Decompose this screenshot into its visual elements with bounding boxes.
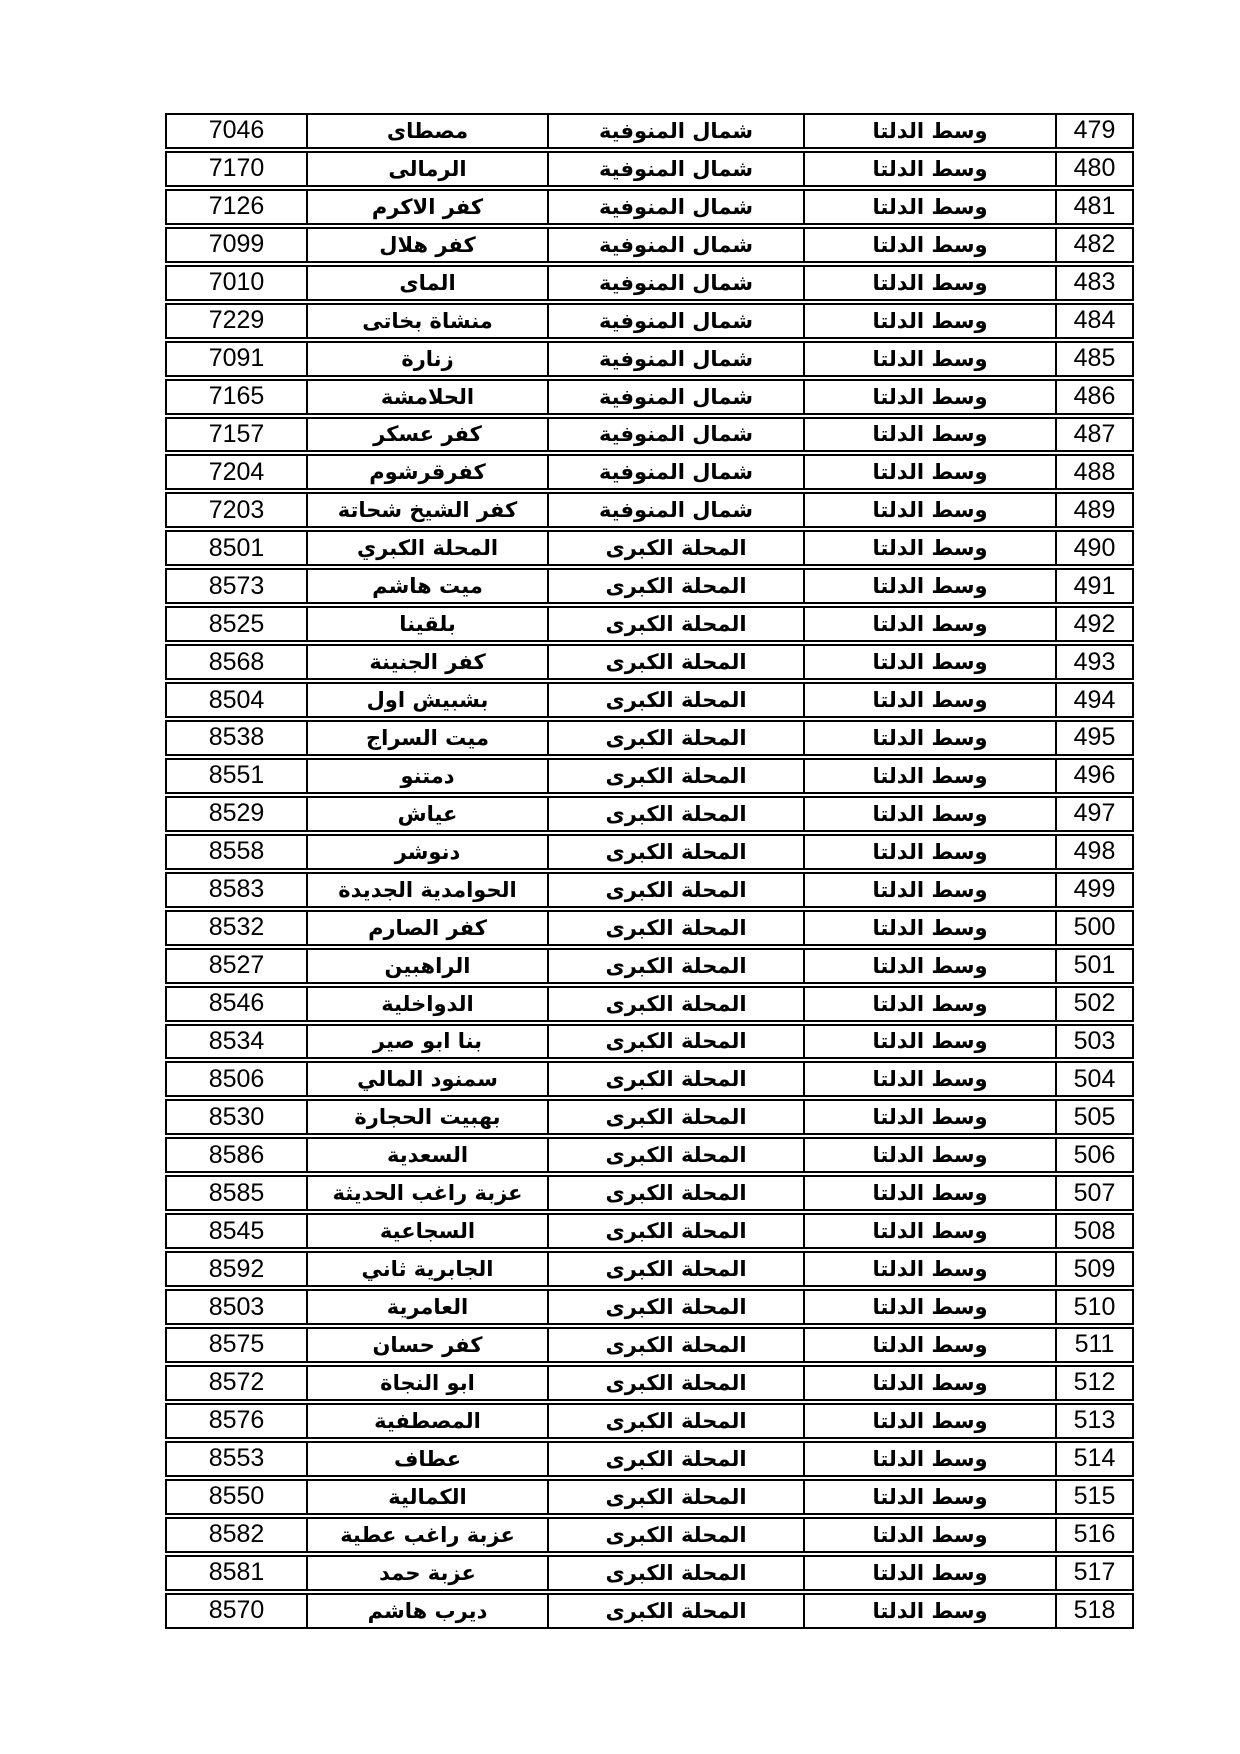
cell-serial-number: 492 [1055,606,1134,642]
cell-region-label: وسط الدلتا [803,530,1055,566]
cell-village-name: الرمالى [306,151,547,187]
cell-village-code: 8575 [165,1327,306,1363]
cell-serial-number: 484 [1055,303,1134,339]
table-row: 517وسط الدلتاالمحلة الكبرىعزبة حمد8581 [165,1555,1134,1591]
cell-district-label: المحلة الكبرى [547,1175,803,1211]
cell-village-code: 8583 [165,872,306,908]
cell-serial-number: 518 [1055,1593,1134,1629]
cell-district-label: المحلة الكبرى [547,872,803,908]
cell-district-label: شمال المنوفية [547,189,803,225]
cell-village-code: 7091 [165,341,306,377]
cell-village-code: 8585 [165,1175,306,1211]
cell-region-label: وسط الدلتا [803,341,1055,377]
cell-district-label: المحلة الكبرى [547,1327,803,1363]
cell-serial-number: 486 [1055,379,1134,415]
cell-region-label: وسط الدلتا [803,606,1055,642]
cell-village-name: الكمالية [306,1479,547,1515]
table-row: 481وسط الدلتاشمال المنوفيةكفر الاكرم7126 [165,189,1134,225]
cell-village-name: بنا ابو صير [306,1024,547,1060]
cell-serial-number: 494 [1055,682,1134,718]
cell-region-label: وسط الدلتا [803,1479,1055,1515]
cell-village-code: 8568 [165,644,306,680]
table-row: 511وسط الدلتاالمحلة الكبرىكفر حسان8575 [165,1327,1134,1363]
cell-region-label: وسط الدلتا [803,1137,1055,1173]
cell-district-label: المحلة الكبرى [547,910,803,946]
cell-village-name: كفر هلال [306,227,547,263]
cell-serial-number: 506 [1055,1137,1134,1173]
cell-district-label: شمال المنوفية [547,492,803,528]
table-row: 510وسط الدلتاالمحلة الكبرىالعامرية8503 [165,1289,1134,1325]
cell-village-name: الدواخلية [306,986,547,1022]
cell-village-name: السجاعية [306,1213,547,1249]
cell-village-name: كفر عسكر [306,417,547,453]
cell-village-code: 8576 [165,1403,306,1439]
cell-village-code: 7229 [165,303,306,339]
cell-village-name: العامرية [306,1289,547,1325]
cell-village-name: ديرب هاشم [306,1593,547,1629]
table-row: 501وسط الدلتاالمحلة الكبرىالراهبين8527 [165,948,1134,984]
cell-district-label: المحلة الكبرى [547,1061,803,1097]
cell-serial-number: 515 [1055,1479,1134,1515]
cell-district-label: شمال المنوفية [547,113,803,149]
cell-village-code: 7157 [165,417,306,453]
cell-region-label: وسط الدلتا [803,1061,1055,1097]
cell-serial-number: 495 [1055,720,1134,756]
cell-district-label: المحلة الكبرى [547,568,803,604]
cell-district-label: المحلة الكبرى [547,682,803,718]
table-row: 491وسط الدلتاالمحلة الكبرىميت هاشم8573 [165,568,1134,604]
table-row: 514وسط الدلتاالمحلة الكبرىعطاف8553 [165,1441,1134,1477]
cell-serial-number: 516 [1055,1517,1134,1553]
cell-region-label: وسط الدلتا [803,1175,1055,1211]
cell-village-name: كفرقرشوم [306,454,547,490]
cell-village-name: عزبة حمد [306,1555,547,1591]
cell-serial-number: 514 [1055,1441,1134,1477]
cell-village-code: 7165 [165,379,306,415]
cell-village-name: الماى [306,265,547,301]
cell-village-name: بشبيش اول [306,682,547,718]
cell-region-label: وسط الدلتا [803,1024,1055,1060]
table-row: 484وسط الدلتاشمال المنوفيةمنشاة بخاتى722… [165,303,1134,339]
cell-village-code: 8525 [165,606,306,642]
cell-region-label: وسط الدلتا [803,1099,1055,1135]
table-row: 512وسط الدلتاالمحلة الكبرىابو النجاة8572 [165,1365,1134,1401]
cell-region-label: وسط الدلتا [803,379,1055,415]
table-row: 508وسط الدلتاالمحلة الكبرىالسجاعية8545 [165,1213,1134,1249]
cell-district-label: المحلة الكبرى [547,1555,803,1591]
cell-serial-number: 491 [1055,568,1134,604]
cell-serial-number: 485 [1055,341,1134,377]
cell-serial-number: 497 [1055,796,1134,832]
cell-serial-number: 507 [1055,1175,1134,1211]
table-row: 490وسط الدلتاالمحلة الكبرىالمحلة الكبري8… [165,530,1134,566]
cell-district-label: المحلة الكبرى [547,1593,803,1629]
cell-serial-number: 511 [1055,1327,1134,1363]
cell-village-code: 8504 [165,682,306,718]
cell-village-code: 8581 [165,1555,306,1591]
cell-village-name: منشاة بخاتى [306,303,547,339]
table-row: 496وسط الدلتاالمحلة الكبرىدمتنو8551 [165,758,1134,794]
cell-village-name: كفر الجنينة [306,644,547,680]
cell-serial-number: 501 [1055,948,1134,984]
cell-village-code: 8529 [165,796,306,832]
cell-region-label: وسط الدلتا [803,796,1055,832]
cell-region-label: وسط الدلتا [803,492,1055,528]
cell-region-label: وسط الدلتا [803,948,1055,984]
cell-village-name: الراهبين [306,948,547,984]
cell-district-label: شمال المنوفية [547,417,803,453]
cell-village-code: 8573 [165,568,306,604]
table-row: 489وسط الدلتاشمال المنوفيةكفر الشيخ شحات… [165,492,1134,528]
cell-serial-number: 489 [1055,492,1134,528]
cell-village-code: 8530 [165,1099,306,1135]
document-page: 479وسط الدلتاشمال المنوفيةمصطاى7046480وس… [0,0,1240,1754]
cell-region-label: وسط الدلتا [803,454,1055,490]
cell-serial-number: 505 [1055,1099,1134,1135]
cell-district-label: المحلة الكبرى [547,1403,803,1439]
cell-serial-number: 502 [1055,986,1134,1022]
cell-village-code: 8501 [165,530,306,566]
cell-district-label: المحلة الكبرى [547,796,803,832]
cell-serial-number: 499 [1055,872,1134,908]
cell-region-label: وسط الدلتا [803,1251,1055,1287]
cell-region-label: وسط الدلتا [803,1213,1055,1249]
table-row: 485وسط الدلتاشمال المنوفيةزنارة7091 [165,341,1134,377]
cell-region-label: وسط الدلتا [803,1365,1055,1401]
cell-region-label: وسط الدلتا [803,151,1055,187]
cell-region-label: وسط الدلتا [803,1517,1055,1553]
cell-village-code: 7046 [165,113,306,149]
cell-district-label: المحلة الكبرى [547,1099,803,1135]
cell-village-name: كفر حسان [306,1327,547,1363]
cell-region-label: وسط الدلتا [803,1289,1055,1325]
cell-village-name: المحلة الكبري [306,530,547,566]
cell-region-label: وسط الدلتا [803,1555,1055,1591]
cell-district-label: المحلة الكبرى [547,948,803,984]
cell-village-name: كفر الاكرم [306,189,547,225]
cell-district-label: شمال المنوفية [547,454,803,490]
cell-village-code: 7099 [165,227,306,263]
cell-village-name: عزبة راغب الحديثة [306,1175,547,1211]
cell-village-code: 8592 [165,1251,306,1287]
cell-village-name: دنوشر [306,834,547,870]
cell-region-label: وسط الدلتا [803,1593,1055,1629]
cell-district-label: المحلة الكبرى [547,1213,803,1249]
table-row: 480وسط الدلتاشمال المنوفيةالرمالى7170 [165,151,1134,187]
table-row: 516وسط الدلتاالمحلة الكبرىعزبة راغب عطية… [165,1517,1134,1553]
table-body: 479وسط الدلتاشمال المنوفيةمصطاى7046480وس… [165,113,1134,1629]
cell-serial-number: 512 [1055,1365,1134,1401]
cell-village-code: 8570 [165,1593,306,1629]
cell-village-code: 7204 [165,454,306,490]
cell-village-code: 8553 [165,1441,306,1477]
cell-village-name: كفر الشيخ شحاتة [306,492,547,528]
cell-village-name: ميت السراج [306,720,547,756]
table-row: 515وسط الدلتاالمحلة الكبرىالكمالية8550 [165,1479,1134,1515]
table-row: 487وسط الدلتاشمال المنوفيةكفر عسكر7157 [165,417,1134,453]
cell-village-code: 7170 [165,151,306,187]
cell-region-label: وسط الدلتا [803,758,1055,794]
cell-district-label: المحلة الكبرى [547,720,803,756]
cell-village-name: الحلامشة [306,379,547,415]
cell-serial-number: 483 [1055,265,1134,301]
table-row: 492وسط الدلتاالمحلة الكبرىبلقينا8525 [165,606,1134,642]
cell-village-name: عطاف [306,1441,547,1477]
cell-district-label: شمال المنوفية [547,379,803,415]
table-row: 505وسط الدلتاالمحلة الكبرىبهبيت الحجارة8… [165,1099,1134,1135]
cell-village-name: سمنود المالي [306,1061,547,1097]
table-row: 495وسط الدلتاالمحلة الكبرىميت السراج8538 [165,720,1134,756]
cell-region-label: وسط الدلتا [803,986,1055,1022]
cell-district-label: شمال المنوفية [547,227,803,263]
cell-village-code: 8586 [165,1137,306,1173]
cell-serial-number: 481 [1055,189,1134,225]
cell-serial-number: 496 [1055,758,1134,794]
cell-region-label: وسط الدلتا [803,568,1055,604]
cell-village-name: كفر الصارم [306,910,547,946]
cell-district-label: المحلة الكبرى [547,1479,803,1515]
table-row: 500وسط الدلتاالمحلة الكبرىكفر الصارم8532 [165,910,1134,946]
cell-region-label: وسط الدلتا [803,834,1055,870]
cell-village-code: 8534 [165,1024,306,1060]
cell-serial-number: 513 [1055,1403,1134,1439]
cell-district-label: المحلة الكبرى [547,986,803,1022]
cell-region-label: وسط الدلتا [803,910,1055,946]
cell-district-label: شمال المنوفية [547,151,803,187]
cell-village-code: 7010 [165,265,306,301]
cell-serial-number: 490 [1055,530,1134,566]
cell-district-label: المحلة الكبرى [547,758,803,794]
cell-village-code: 7203 [165,492,306,528]
cell-village-name: الحوامدية الجديدة [306,872,547,908]
cell-district-label: المحلة الكبرى [547,530,803,566]
cell-serial-number: 482 [1055,227,1134,263]
table-row: 497وسط الدلتاالمحلة الكبرىعياش8529 [165,796,1134,832]
cell-serial-number: 508 [1055,1213,1134,1249]
cell-region-label: وسط الدلتا [803,644,1055,680]
cell-region-label: وسط الدلتا [803,227,1055,263]
cell-region-label: وسط الدلتا [803,1441,1055,1477]
cell-region-label: وسط الدلتا [803,1327,1055,1363]
cell-village-name: ميت هاشم [306,568,547,604]
table-row: 509وسط الدلتاالمحلة الكبرىالجابرية ثاني8… [165,1251,1134,1287]
cell-region-label: وسط الدلتا [803,303,1055,339]
table-row: 494وسط الدلتاالمحلة الكبرىبشبيش اول8504 [165,682,1134,718]
cell-serial-number: 479 [1055,113,1134,149]
table-row: 503وسط الدلتاالمحلة الكبرىبنا ابو صير853… [165,1024,1134,1060]
cell-village-name: زنارة [306,341,547,377]
cell-village-name: عزبة راغب عطية [306,1517,547,1553]
cell-village-code: 7126 [165,189,306,225]
cell-village-code: 8506 [165,1061,306,1097]
cell-region-label: وسط الدلتا [803,872,1055,908]
cell-village-code: 8558 [165,834,306,870]
table-row: 518وسط الدلتاالمحلة الكبرىديرب هاشم8570 [165,1593,1134,1629]
table-row: 507وسط الدلتاالمحلة الكبرىعزبة راغب الحد… [165,1175,1134,1211]
cell-district-label: شمال المنوفية [547,341,803,377]
cell-village-code: 8546 [165,986,306,1022]
cell-village-code: 8572 [165,1365,306,1401]
cell-district-label: المحلة الكبرى [547,1365,803,1401]
table-row: 479وسط الدلتاشمال المنوفيةمصطاى7046 [165,113,1134,149]
table-row: 493وسط الدلتاالمحلة الكبرىكفر الجنينة856… [165,644,1134,680]
table-row: 499وسط الدلتاالمحلة الكبرىالحوامدية الجد… [165,872,1134,908]
cell-district-label: شمال المنوفية [547,265,803,301]
cell-serial-number: 503 [1055,1024,1134,1060]
cell-village-name: بهبيت الحجارة [306,1099,547,1135]
cell-village-name: المصطفية [306,1403,547,1439]
cell-village-code: 8538 [165,720,306,756]
table-row: 498وسط الدلتاالمحلة الكبرىدنوشر8558 [165,834,1134,870]
cell-serial-number: 510 [1055,1289,1134,1325]
cell-village-code: 8545 [165,1213,306,1249]
cell-village-name: بلقينا [306,606,547,642]
cell-region-label: وسط الدلتا [803,189,1055,225]
cell-region-label: وسط الدلتا [803,417,1055,453]
cell-village-code: 8527 [165,948,306,984]
table-row: 486وسط الدلتاشمال المنوفيةالحلامشة7165 [165,379,1134,415]
cell-village-name: مصطاى [306,113,547,149]
table-row: 502وسط الدلتاالمحلة الكبرىالدواخلية8546 [165,986,1134,1022]
cell-district-label: المحلة الكبرى [547,1517,803,1553]
table-row: 506وسط الدلتاالمحلة الكبرىالسعدية8586 [165,1137,1134,1173]
cell-district-label: المحلة الكبرى [547,644,803,680]
cell-serial-number: 517 [1055,1555,1134,1591]
cell-village-code: 8503 [165,1289,306,1325]
cell-serial-number: 504 [1055,1061,1134,1097]
cell-village-name: الجابرية ثاني [306,1251,547,1287]
cell-village-name: السعدية [306,1137,547,1173]
cell-serial-number: 500 [1055,910,1134,946]
table-row: 504وسط الدلتاالمحلة الكبرىسمنود المالي85… [165,1061,1134,1097]
cell-village-name: دمتنو [306,758,547,794]
cell-district-label: شمال المنوفية [547,303,803,339]
cell-region-label: وسط الدلتا [803,113,1055,149]
cell-serial-number: 493 [1055,644,1134,680]
cell-village-code: 8532 [165,910,306,946]
cell-serial-number: 480 [1055,151,1134,187]
cell-region-label: وسط الدلتا [803,1403,1055,1439]
cell-village-code: 8582 [165,1517,306,1553]
cell-district-label: المحلة الكبرى [547,1251,803,1287]
cell-region-label: وسط الدلتا [803,265,1055,301]
cell-village-name: عياش [306,796,547,832]
cell-serial-number: 488 [1055,454,1134,490]
table-row: 482وسط الدلتاشمال المنوفيةكفر هلال7099 [165,227,1134,263]
cell-serial-number: 498 [1055,834,1134,870]
cell-village-name: ابو النجاة [306,1365,547,1401]
cell-serial-number: 487 [1055,417,1134,453]
table-row: 483وسط الدلتاشمال المنوفيةالماى7010 [165,265,1134,301]
cell-region-label: وسط الدلتا [803,720,1055,756]
cell-region-label: وسط الدلتا [803,682,1055,718]
cell-district-label: المحلة الكبرى [547,1024,803,1060]
cell-village-code: 8550 [165,1479,306,1515]
cell-district-label: المحلة الكبرى [547,1137,803,1173]
cell-serial-number: 509 [1055,1251,1134,1287]
table-row: 488وسط الدلتاشمال المنوفيةكفرقرشوم7204 [165,454,1134,490]
cell-district-label: المحلة الكبرى [547,606,803,642]
cell-district-label: المحلة الكبرى [547,1289,803,1325]
cell-district-label: المحلة الكبرى [547,1441,803,1477]
cell-village-code: 8551 [165,758,306,794]
table-row: 513وسط الدلتاالمحلة الكبرىالمصطفية8576 [165,1403,1134,1439]
cell-district-label: المحلة الكبرى [547,834,803,870]
locations-table: 479وسط الدلتاشمال المنوفيةمصطاى7046480وس… [165,111,1134,1631]
